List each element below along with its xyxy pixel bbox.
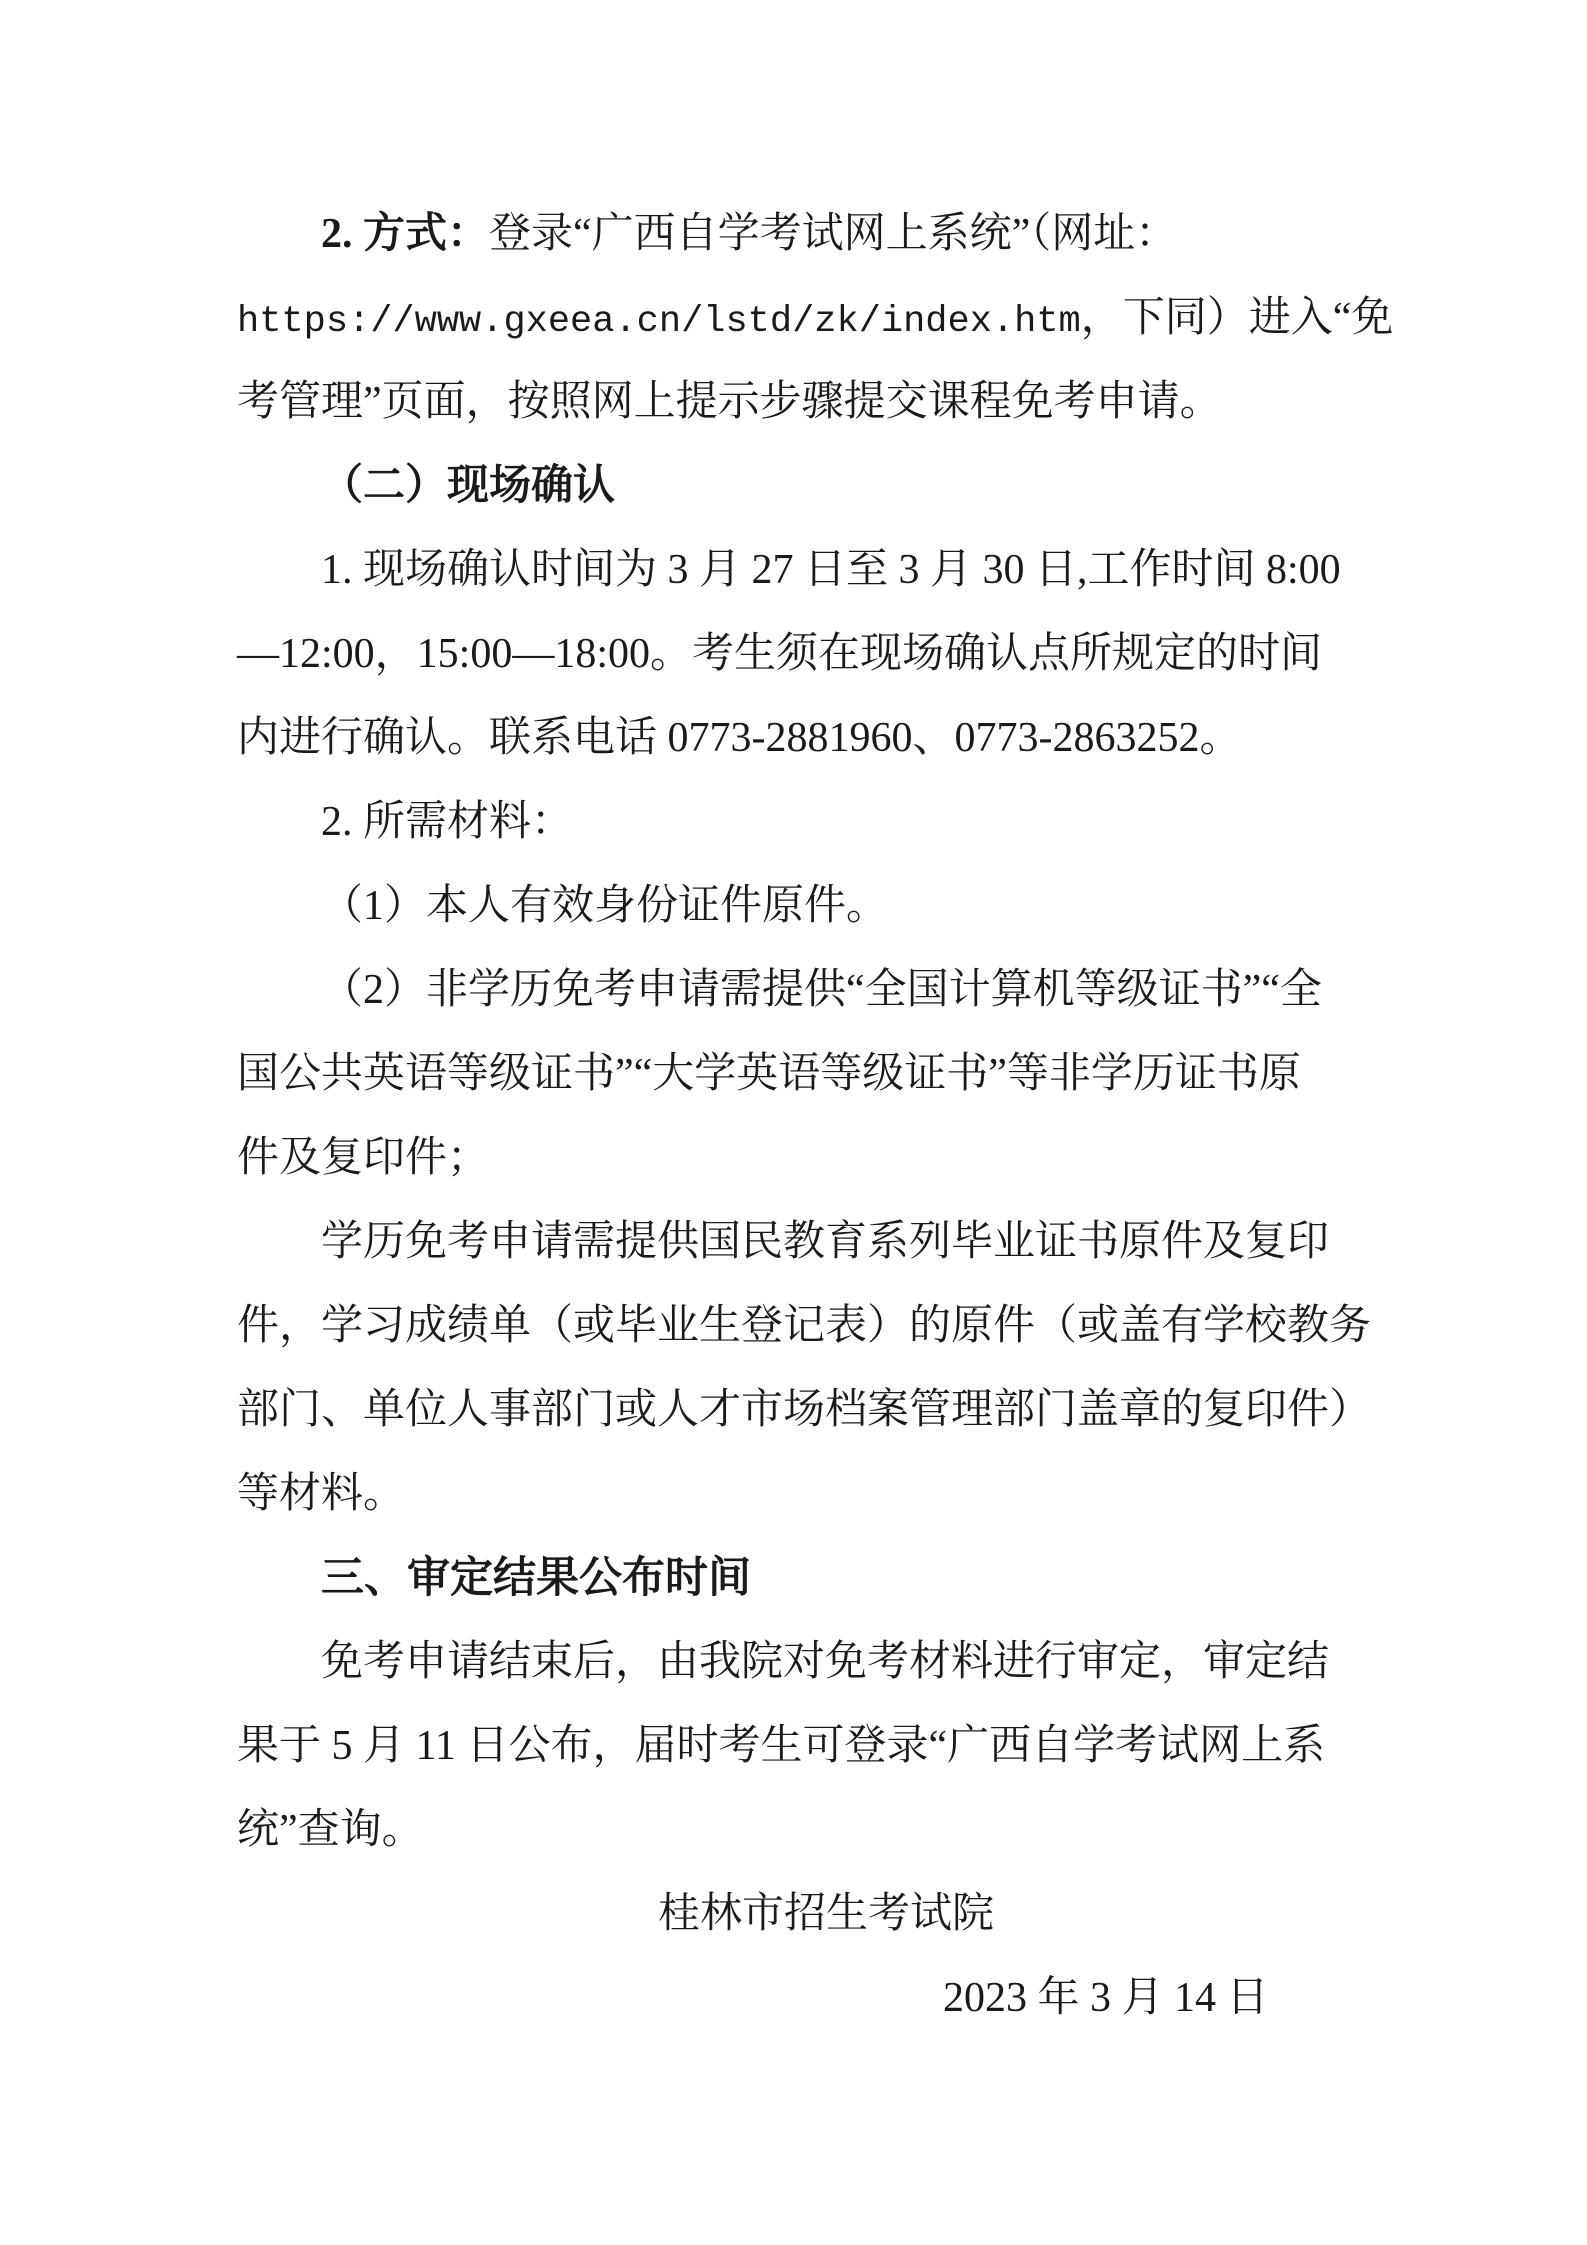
body-line: 学历免考申请需提供国民教育系列毕业证书原件及复印 bbox=[237, 1200, 1497, 1284]
run: （1）本人有效身份证件原件。 bbox=[321, 883, 888, 929]
body-line: 2. 方式：登录“广西自学考试网上系统”（网址： bbox=[237, 192, 1497, 276]
run: 部门、单位人事部门或人才市场档案管理部门盖章的复印件） bbox=[237, 1387, 1371, 1433]
body-line: 免考申请结束后，由我院对免考材料进行审定，审定结 bbox=[237, 1620, 1497, 1704]
run: 件，学习成绩单（或毕业生登记表）的原件（或盖有学校教务 bbox=[237, 1303, 1371, 1349]
body-line: （1）本人有效身份证件原件。 bbox=[237, 864, 1497, 948]
body-line: 统”查询。 bbox=[237, 1788, 1497, 1872]
body-line: 件及复印件； bbox=[237, 1116, 1497, 1200]
run: 国公共英语等级证书”“大学英语等级证书”等非学历证书原 bbox=[237, 1051, 1301, 1097]
body-line: 部门、单位人事部门或人才市场档案管理部门盖章的复印件） bbox=[237, 1368, 1497, 1452]
list-lead-bold: 2. 方式： bbox=[321, 211, 489, 257]
section-heading: 三、审定结果公布时间 bbox=[237, 1536, 1497, 1620]
run: 1. 现场确认时间为 3 月 27 日至 3 月 30 日,工作时间 8:00 bbox=[321, 547, 1341, 593]
run: 果于 5 月 11 日公布，届时考生可登录“广西自学考试网上系 bbox=[237, 1723, 1325, 1769]
run: 统”查询。 bbox=[237, 1807, 424, 1853]
body-line: 考管理”页面，按照网上提示步骤提交课程免考申请。 bbox=[237, 360, 1497, 444]
document-page: 2. 方式：登录“广西自学考试网上系统”（网址： https://www.gxe… bbox=[0, 0, 1587, 2245]
run: 三、审定结果公布时间 bbox=[321, 1554, 751, 1602]
signature-line: 桂林市招生考试院 bbox=[237, 1872, 1497, 1956]
run: 内进行确认。联系电话 0773-2881960、0773-2863252。 bbox=[237, 715, 1241, 761]
run: 2023 年 3 月 14 日 bbox=[943, 1975, 1269, 2021]
run: 2. 所需材料： bbox=[321, 799, 573, 845]
run: （2）非学历免考申请需提供“全国计算机等级证书”“全 bbox=[321, 967, 1322, 1013]
body-line: 等材料。 bbox=[237, 1452, 1497, 1536]
date-line: 2023 年 3 月 14 日 bbox=[237, 1956, 1497, 2040]
body-line: 2. 所需材料： bbox=[237, 780, 1497, 864]
run: ，下同）进入“免 bbox=[1081, 295, 1394, 341]
body-line: 1. 现场确认时间为 3 月 27 日至 3 月 30 日,工作时间 8:00 bbox=[237, 528, 1497, 612]
body-line: 件，学习成绩单（或毕业生登记表）的原件（或盖有学校教务 bbox=[237, 1284, 1497, 1368]
run: 件及复印件； bbox=[237, 1135, 489, 1181]
body-line: https://www.gxeea.cn/lstd/zk/index.htm，下… bbox=[237, 276, 1497, 360]
body-line: —12:00，15:00—18:00。考生须在现场确认点所规定的时间 bbox=[237, 612, 1497, 696]
body-line: 内进行确认。联系电话 0773-2881960、0773-2863252。 bbox=[237, 696, 1497, 780]
body-line: 国公共英语等级证书”“大学英语等级证书”等非学历证书原 bbox=[237, 1032, 1497, 1116]
run: （二）现场确认 bbox=[321, 463, 615, 509]
run: 等材料。 bbox=[237, 1471, 405, 1517]
run: 免考申请结束后，由我院对免考材料进行审定，审定结 bbox=[321, 1639, 1329, 1685]
body-line: 果于 5 月 11 日公布，届时考生可登录“广西自学考试网上系 bbox=[237, 1704, 1497, 1788]
run: 登录“广西自学考试网上系统”（网址： bbox=[489, 211, 1177, 257]
run: 考管理”页面，按照网上提示步骤提交课程免考申请。 bbox=[237, 379, 1222, 425]
run: 学历免考申请需提供国民教育系列毕业证书原件及复印 bbox=[321, 1219, 1329, 1265]
sub-section-heading: （二）现场确认 bbox=[237, 444, 1497, 528]
run: 桂林市招生考试院 bbox=[658, 1891, 994, 1937]
url-text: https://www.gxeea.cn/lstd/zk/index.htm bbox=[237, 301, 1081, 343]
run: —12:00，15:00—18:00。考生须在现场确认点所规定的时间 bbox=[237, 631, 1322, 677]
text-block: 2. 方式：登录“广西自学考试网上系统”（网址： https://www.gxe… bbox=[237, 192, 1497, 2040]
body-line: （2）非学历免考申请需提供“全国计算机等级证书”“全 bbox=[237, 948, 1497, 1032]
